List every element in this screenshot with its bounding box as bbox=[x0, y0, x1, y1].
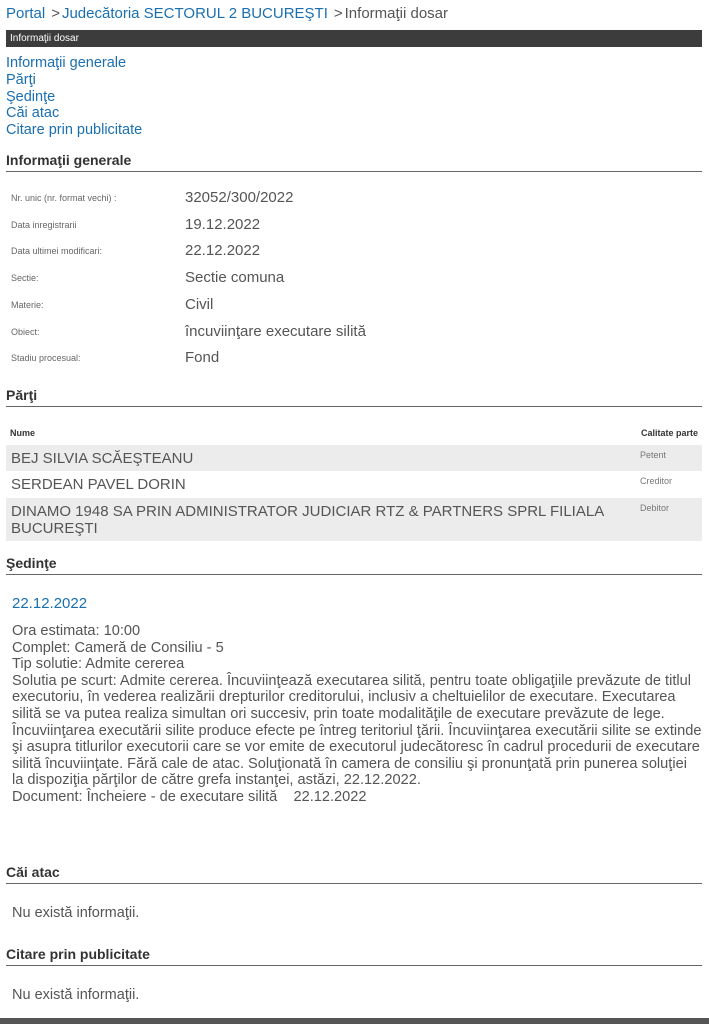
breadcrumb: Portal>Judecătoria SECTORUL 2 BUCUREŞTI>… bbox=[6, 5, 448, 22]
toc-link-parti[interactable]: Părţi bbox=[6, 72, 142, 89]
breadcrumb-separator: > bbox=[51, 5, 60, 22]
toc-link-citare[interactable]: Citare prin publicitate bbox=[6, 122, 142, 139]
citare-empty-message: Nu există informaţii. bbox=[12, 987, 139, 1003]
info-value: 22.12.2022 bbox=[185, 242, 260, 259]
breadcrumb-court-link[interactable]: Judecătoria SECTORUL 2 BUCUREŞTI bbox=[62, 5, 328, 22]
info-value: încuviinţare executare silită bbox=[185, 323, 366, 340]
section-heading-sedinte: Şedinţe bbox=[6, 555, 702, 575]
column-header-role: Calitate parte bbox=[641, 428, 698, 438]
section-heading-informatii-generale: Informaţii generale bbox=[6, 152, 702, 172]
party-role: Debitor bbox=[640, 503, 669, 513]
table-row: BEJ SILVIA SCĂEŞTEANU Petent bbox=[6, 445, 702, 471]
bottom-divider bbox=[0, 1018, 709, 1024]
info-label: Nr. unic (nr. format vechi) : bbox=[11, 193, 117, 203]
page-title-bar: Informaţii dosar bbox=[6, 30, 702, 47]
party-name: SERDEAN PAVEL DORIN bbox=[11, 476, 611, 493]
info-label: Obiect: bbox=[11, 327, 40, 337]
section-heading-cai-atac: Căi atac bbox=[6, 864, 702, 884]
hearing-document: Document: Încheiere - de executare silit… bbox=[12, 789, 702, 806]
info-value: 19.12.2022 bbox=[185, 216, 260, 233]
info-value: Sectie comuna bbox=[185, 269, 284, 286]
hearing-solution-summary: Solutia pe scurt: Admite cererea. Încuvi… bbox=[12, 673, 702, 789]
breadcrumb-current: Informaţii dosar bbox=[345, 5, 448, 22]
hearing-details: Ora estimata: 10:00 Complet: Cameră de C… bbox=[12, 623, 702, 806]
hearing-solution-type: Tip solutie: Admite cererea bbox=[12, 656, 702, 673]
section-heading-citare: Citare prin publicitate bbox=[6, 946, 702, 966]
info-label: Data inregistrarii bbox=[11, 220, 77, 230]
info-value: Civil bbox=[185, 296, 213, 313]
column-header-name: Nume bbox=[10, 428, 35, 438]
info-label: Stadiu procesual: bbox=[11, 353, 81, 363]
info-label: Sectie: bbox=[11, 273, 39, 283]
info-label: Materie: bbox=[11, 300, 44, 310]
info-label: Data ultimei modificari: bbox=[11, 246, 102, 256]
toc-link-informatii-generale[interactable]: Informaţii generale bbox=[6, 55, 142, 72]
party-role: Creditor bbox=[640, 476, 672, 486]
hearing-panel: Complet: Cameră de Consiliu - 5 bbox=[12, 640, 702, 657]
section-heading-parti: Părţi bbox=[6, 387, 702, 407]
cai-atac-empty-message: Nu există informaţii. bbox=[12, 905, 139, 921]
table-row: SERDEAN PAVEL DORIN Creditor bbox=[6, 471, 702, 497]
toc-link-cai-atac[interactable]: Căi atac bbox=[6, 105, 142, 122]
info-value: 32052/300/2022 bbox=[185, 189, 293, 206]
breadcrumb-separator: > bbox=[334, 5, 343, 22]
table-row: DINAMO 1948 SA PRIN ADMINISTRATOR JUDICI… bbox=[6, 498, 702, 541]
toc-link-sedinte[interactable]: Şedinţe bbox=[6, 89, 142, 106]
party-role: Petent bbox=[640, 450, 666, 460]
table-of-contents: Informaţii generale Părţi Şedinţe Căi at… bbox=[6, 55, 142, 139]
hearing-date[interactable]: 22.12.2022 bbox=[12, 595, 87, 612]
breadcrumb-portal-link[interactable]: Portal bbox=[6, 5, 45, 22]
hearing-time: Ora estimata: 10:00 bbox=[12, 623, 702, 640]
party-name: DINAMO 1948 SA PRIN ADMINISTRATOR JUDICI… bbox=[11, 503, 611, 537]
party-name: BEJ SILVIA SCĂEŞTEANU bbox=[11, 450, 611, 467]
info-value: Fond bbox=[185, 349, 219, 366]
